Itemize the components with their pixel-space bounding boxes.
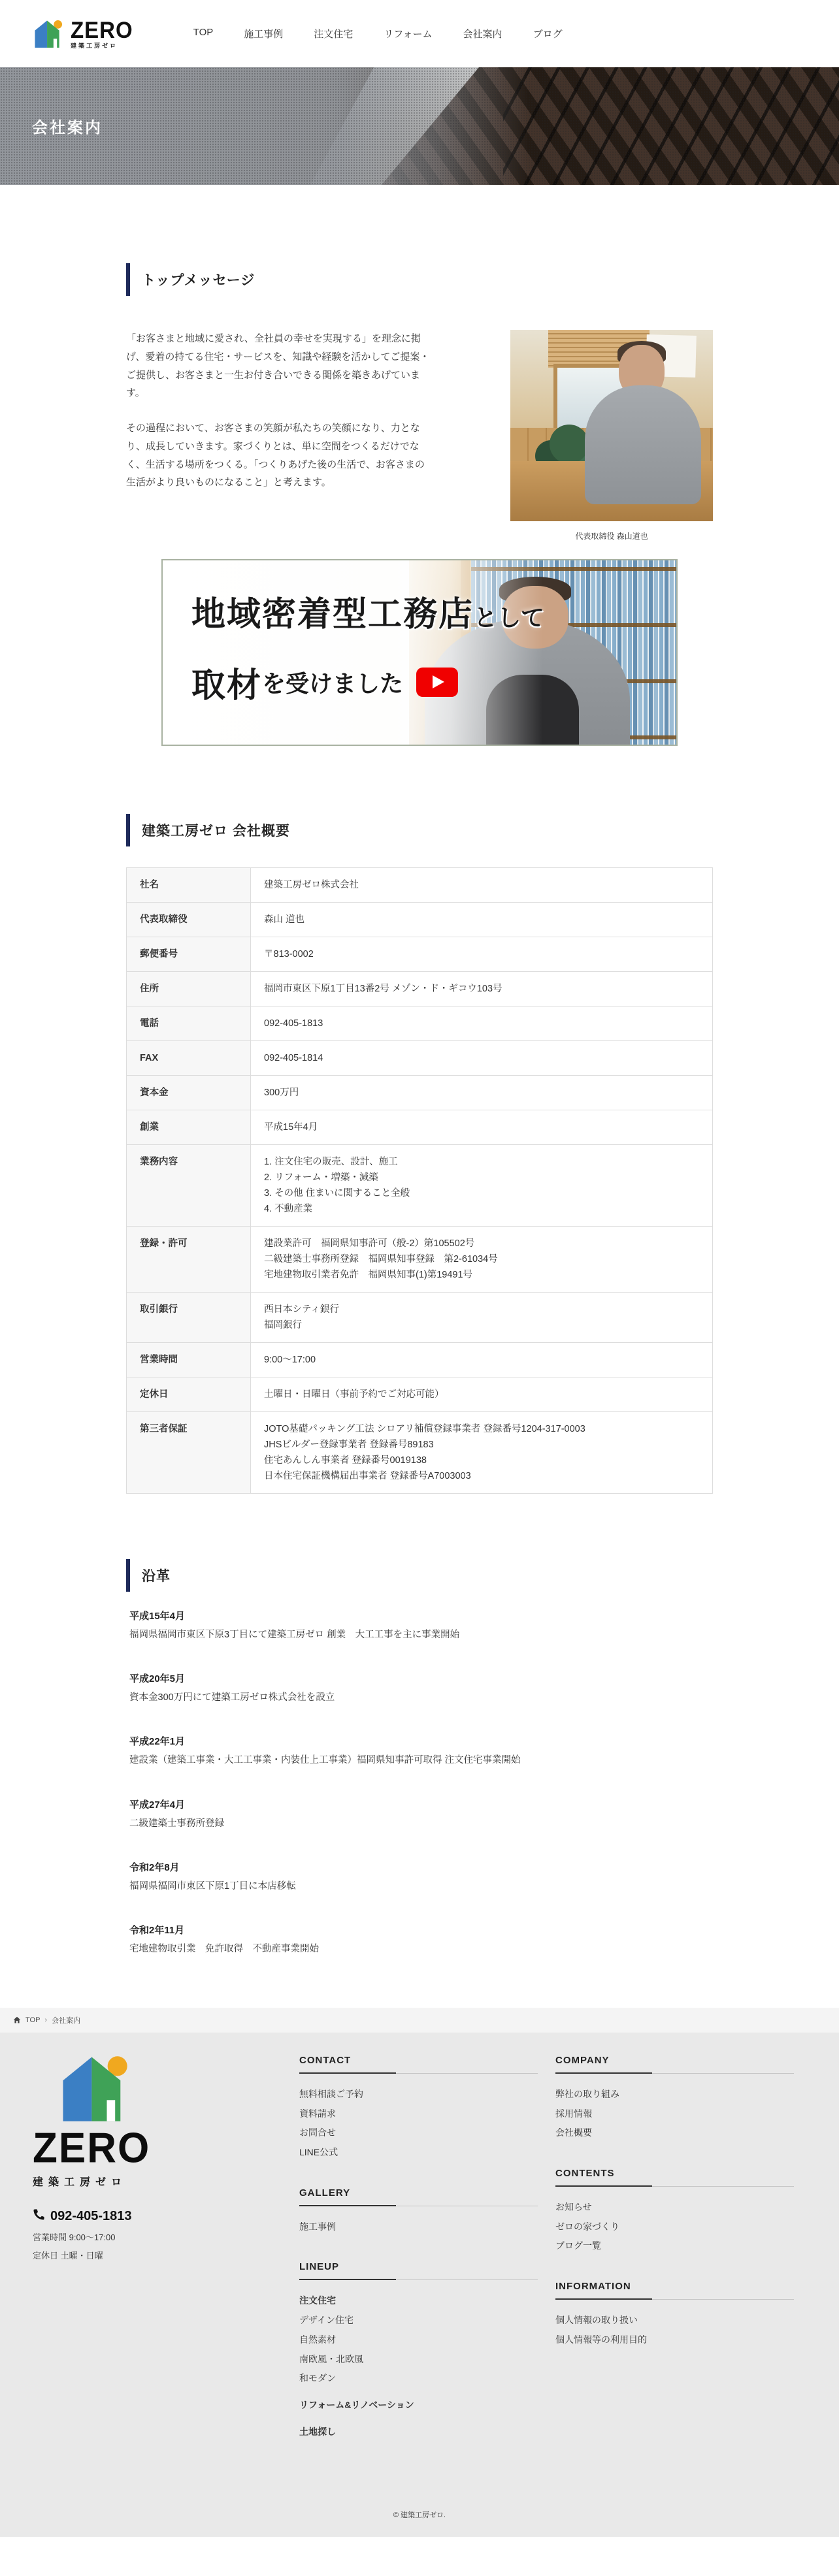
footer-link[interactable]: お問合せ <box>299 2125 555 2140</box>
nav-item[interactable]: リフォーム <box>384 27 432 40</box>
overview-value-line: 平成15年4月 <box>264 1119 699 1135</box>
overview-value-line: 福岡銀行 <box>264 1317 699 1333</box>
overview-value-line: 土曜日・日曜日（事前予約でご対応可能） <box>264 1387 699 1402</box>
breadcrumb-home-link[interactable]: TOP <box>25 2016 40 2024</box>
footer-link[interactable]: ブログ一覧 <box>555 2238 839 2253</box>
overview-value-line: 〒813-0002 <box>264 946 699 962</box>
banner-line2-main: 取材 <box>191 658 262 707</box>
footer-group-heading: COMPANY <box>555 2055 794 2074</box>
overview-value-line: 092-405-1813 <box>264 1016 699 1031</box>
overview-value-line: 3. その他 住まいに関すること全般 <box>264 1185 699 1201</box>
overview-row-label: 業務内容 <box>127 1145 251 1227</box>
footer-closed-days: 定休日 土曜・日曜 <box>33 2249 299 2261</box>
ceo-photo-figure: 代表取締役 森山道也 <box>510 330 713 541</box>
overview-value-line: 宅地建物取引業者免許 福岡県知事(1)第19491号 <box>264 1267 699 1283</box>
page-title: 会社案内 <box>32 115 103 138</box>
banner-line1-sub: として <box>474 605 544 631</box>
overview-row-label: 資本金 <box>127 1076 251 1110</box>
footer-group: CONTENTSお知らせゼロの家づくりブログ一覧 <box>555 2168 839 2253</box>
heading-accent-bar <box>126 814 130 846</box>
main-nav: TOP施工事例注文住宅リフォーム会社案内ブログ <box>193 27 563 40</box>
overview-row-value: 平成15年4月 <box>251 1110 713 1145</box>
overview-row-label: 取引銀行 <box>127 1293 251 1343</box>
banner-text: 地域密着型工務店として 取材を受けました <box>191 587 544 707</box>
overview-value-line: 300万円 <box>264 1085 699 1101</box>
hero-dot-pattern <box>0 67 839 185</box>
overview-row-value: 092-405-1814 <box>251 1041 713 1076</box>
footer-link[interactable]: お知らせ <box>555 2200 839 2215</box>
footer-group-heading: GALLERY <box>299 2187 538 2206</box>
message-paragraph: その過程において、お客さまの笑顔が私たちの笑顔になり、力となり、成長していきます… <box>126 419 433 492</box>
footer-link[interactable]: 個人情報の取り扱い <box>555 2313 839 2328</box>
overview-row: 社名建築工房ゼロ株式会社 <box>127 868 713 903</box>
overview-row: 取引銀行西日本シティ銀行福岡銀行 <box>127 1293 713 1343</box>
history-date: 平成27年4月 <box>129 1797 713 1811</box>
history-date: 平成15年4月 <box>129 1609 713 1622</box>
overview-value-line: 住宅あんしん事業者 登録番号0019138 <box>264 1453 699 1468</box>
overview-row-value: 建設業許可 福岡県知事許可（般-2）第105502号二級建築士事務所登録 福岡県… <box>251 1227 713 1293</box>
overview-value-line: 森山 道也 <box>264 912 699 927</box>
history-description: 福岡県福岡市東区下原1丁目に本店移転 <box>129 1879 713 1894</box>
heading-accent-bar <box>126 263 130 296</box>
footer-logo-house-icon <box>56 2055 299 2126</box>
overview-row-value: 森山 道也 <box>251 903 713 937</box>
ceo-photo-caption: 代表取締役 森山道也 <box>510 530 713 541</box>
ceo-photo <box>510 330 713 521</box>
footer-group-heading: INFORMATION <box>555 2281 794 2300</box>
overview-row-label: 創業 <box>127 1110 251 1145</box>
company-overview-section: 建築工房ゼロ 会社概要 社名建築工房ゼロ株式会社代表取締役森山 道也郵便番号〒8… <box>126 814 713 1494</box>
overview-row-value: 西日本シティ銀行福岡銀行 <box>251 1293 713 1343</box>
logo-name: ZERO <box>71 18 133 41</box>
overview-row-label: 営業時間 <box>127 1343 251 1377</box>
footer-link[interactable]: 会社概要 <box>555 2125 839 2140</box>
overview-row-value: 300万円 <box>251 1076 713 1110</box>
overview-row-label: 社名 <box>127 868 251 903</box>
history-entry: 令和2年11月宅地建物取引業 免許取得 不動産事業開始 <box>129 1923 713 1957</box>
footer-column-2: COMPANY弊社の取り組み採用情報会社概要CONTENTSお知らせゼロの家づく… <box>555 2055 839 2466</box>
photo-plant-shape <box>550 425 589 464</box>
overview-row: 住所福岡市東区下原1丁目13番2号 メゾン・ド・ギコウ103号 <box>127 972 713 1006</box>
top-message-heading: トップメッセージ <box>126 263 713 296</box>
footer-link-list: 無料相談ご予約資料請求お問合せLINE公式 <box>299 2087 555 2160</box>
overview-row-value: 092-405-1813 <box>251 1006 713 1041</box>
overview-row-label: 郵便番号 <box>127 937 251 972</box>
overview-row: 郵便番号〒813-0002 <box>127 937 713 972</box>
overview-row: 第三者保証JOTO基礎パッキング工法 シロアリ補償登録事業者 登録番号1204-… <box>127 1412 713 1494</box>
footer-group: INFORMATION個人情報の取り扱い個人情報等の利用目的 <box>555 2281 839 2347</box>
history-description: 資本金300万円にて建築工房ゼロ株式会社を設立 <box>129 1690 713 1705</box>
overview-row-label: 住所 <box>127 972 251 1006</box>
overview-value-line: 建設業許可 福岡県知事許可（般-2）第105502号 <box>264 1236 699 1251</box>
history-description: 二級建築士事務所登録 <box>129 1816 713 1831</box>
logo-house-icon <box>32 20 65 48</box>
footer-link[interactable]: LINE公式 <box>299 2145 555 2160</box>
copyright: © 建築工房ゼロ. <box>0 2509 839 2520</box>
overview-row: 登録・許可建設業許可 福岡県知事許可（般-2）第105502号二級建築士事務所登… <box>127 1227 713 1293</box>
overview-row-label: 定休日 <box>127 1377 251 1412</box>
overview-value-line: 建築工房ゼロ株式会社 <box>264 877 699 893</box>
overview-value-line: 二級建築士事務所登録 福岡県知事登録 第2-61034号 <box>264 1251 699 1267</box>
banner-line1-main: 地域密着型工務店 <box>191 596 474 634</box>
overview-row-label: FAX <box>127 1041 251 1076</box>
overview-row-value: 1. 注文住宅の販売、設計、施工2. リフォーム・増築・減築3. その他 住まい… <box>251 1145 713 1227</box>
overview-row-value: 福岡市東区下原1丁目13番2号 メゾン・ド・ギコウ103号 <box>251 972 713 1006</box>
company-overview-heading: 建築工房ゼロ 会社概要 <box>126 814 713 846</box>
logo-text: ZERO 建築工房ゼロ <box>71 19 133 49</box>
footer-link[interactable]: 施工事例 <box>299 2219 555 2234</box>
overview-row: 代表取締役森山 道也 <box>127 903 713 937</box>
overview-value-line: 日本住宅保証機構届出事業者 登録番号A7003003 <box>264 1468 699 1484</box>
footer-group-heading: LINEUP <box>299 2261 538 2280</box>
overview-row-value: 9:00～17:00 <box>251 1343 713 1377</box>
history-date: 令和2年8月 <box>129 1860 713 1874</box>
overview-row-value: JOTO基礎パッキング工法 シロアリ補償登録事業者 登録番号1204-317-0… <box>251 1412 713 1494</box>
footer-link-list: 弊社の取り組み採用情報会社概要 <box>555 2087 839 2140</box>
nav-item[interactable]: TOP <box>193 27 214 40</box>
page-end-spacer <box>0 2537 839 2576</box>
history-description: 福岡県福岡市東区下原3丁目にて建築工房ゼロ 創業 大工工事を主に事業開始 <box>129 1628 713 1643</box>
history-entry: 令和2年8月福岡県福岡市東区下原1丁目に本店移転 <box>129 1860 713 1894</box>
footer-hours: 営業時間 9:00～17:00 <box>33 2230 299 2243</box>
footer-link[interactable]: 個人情報等の利用目的 <box>555 2332 839 2347</box>
footer-link-list: 施工事例 <box>299 2219 555 2234</box>
company-overview-heading-text: 建築工房ゼロ 会社概要 <box>142 820 290 840</box>
overview-row: 資本金300万円 <box>127 1076 713 1110</box>
overview-row-label: 代表取締役 <box>127 903 251 937</box>
footer-link[interactable]: 採用情報 <box>555 2106 839 2121</box>
footer-link[interactable]: リフォーム&リノベーション <box>299 2398 555 2413</box>
history-description: 宅地建物取引業 免許取得 不動産事業開始 <box>129 1942 713 1957</box>
overview-value-line: JHSビルダー登録事業者 登録番号89183 <box>264 1437 699 1453</box>
history-description: 建設業（建築工事業・大工工事業・内装仕上工事業）福岡県知事許可取得 注文住宅事業… <box>129 1753 713 1768</box>
heading-accent-bar <box>126 1559 130 1592</box>
site-footer: ZERO 建築工房ゼロ 092-405-1813 営業時間 9:00～17:00… <box>0 2033 839 2537</box>
history-heading: 沿革 <box>126 1559 713 1592</box>
footer-group: LINEUP注文住宅デザイン住宅自然素材南欧風・北欧風和モダンリフォーム&リノベ… <box>299 2261 555 2439</box>
overview-row-label: 電話 <box>127 1006 251 1041</box>
overview-row: 電話092-405-1813 <box>127 1006 713 1041</box>
footer-link[interactable]: 土地探し <box>299 2424 555 2439</box>
footer-group: COMPANY弊社の取り組み採用情報会社概要 <box>555 2055 839 2140</box>
footer-link[interactable]: デザイン住宅 <box>299 2313 555 2328</box>
youtube-play-icon[interactable] <box>416 668 458 697</box>
history-entry: 平成15年4月福岡県福岡市東区下原3丁目にて建築工房ゼロ 創業 大工工事を主に事… <box>129 1609 713 1643</box>
footer-group-heading: CONTACT <box>299 2055 538 2074</box>
main-content: トップメッセージ 「お客さまと地域に愛され、全社員の幸せを実現する」を理念に掲げ… <box>0 185 839 2008</box>
footer-company-block: ZERO 建築工房ゼロ 092-405-1813 営業時間 9:00～17:00… <box>33 2055 299 2466</box>
nav-item[interactable]: 会社案内 <box>463 27 502 40</box>
history-entry: 平成22年1月建設業（建築工事業・大工工事業・内装仕上工事業）福岡県知事許可取得… <box>129 1734 713 1768</box>
overview-value-line: 福岡市東区下原1丁目13番2号 メゾン・ド・ギコウ103号 <box>264 981 699 997</box>
banner-line1: 地域密着型工務店として <box>191 587 544 636</box>
photo-person-body-shape <box>585 385 701 504</box>
history-entry: 平成20年5月資本金300万円にて建築工房ゼロ株式会社を設立 <box>129 1671 713 1705</box>
footer-phone[interactable]: 092-405-1813 <box>33 2208 299 2225</box>
company-overview-table: 社名建築工房ゼロ株式会社代表取締役森山 道也郵便番号〒813-0002住所福岡市… <box>126 867 713 1494</box>
footer-link[interactable]: 注文住宅 <box>299 2293 555 2308</box>
overview-row: 業務内容1. 注文住宅の販売、設計、施工2. リフォーム・増築・減築3. その他… <box>127 1145 713 1227</box>
footer-link[interactable]: 南欧風・北欧風 <box>299 2352 555 2367</box>
overview-row: 営業時間9:00～17:00 <box>127 1343 713 1377</box>
overview-row-label: 登録・許可 <box>127 1227 251 1293</box>
footer-group: CONTACT無料相談ご予約資料請求お問合せLINE公式 <box>299 2055 555 2160</box>
footer-link-list: 注文住宅デザイン住宅自然素材南欧風・北欧風和モダンリフォーム&リノベーション土地… <box>299 2293 555 2439</box>
breadcrumb: TOP › 会社案内 <box>0 2008 839 2033</box>
overview-row: 定休日土曜日・日曜日（事前予約でご対応可能） <box>127 1377 713 1412</box>
history-date: 令和2年11月 <box>129 1923 713 1937</box>
history-entry: 平成27年4月二級建築士事務所登録 <box>129 1797 713 1831</box>
footer-phone-number: 092-405-1813 <box>50 2209 132 2224</box>
logo-subtitle: 建築工房ゼロ <box>71 43 133 49</box>
footer-logo-subtitle: 建築工房ゼロ <box>33 2174 299 2189</box>
footer-link[interactable]: 無料相談ご予約 <box>299 2087 555 2102</box>
top-message-text: 「お客さまと地域に愛され、全社員の幸せを実現する」を理念に掲げ、愛着の持てる住宅… <box>126 330 433 541</box>
footer-link[interactable]: 資料請求 <box>299 2106 555 2121</box>
top-message-section: トップメッセージ 「お客さまと地域に愛され、全社員の幸せを実現する」を理念に掲げ… <box>126 185 713 746</box>
overview-row-value: 〒813-0002 <box>251 937 713 972</box>
overview-row: 創業平成15年4月 <box>127 1110 713 1145</box>
home-icon <box>13 2016 21 2024</box>
overview-value-line: 2. リフォーム・増築・減築 <box>264 1170 699 1185</box>
history-date: 平成22年1月 <box>129 1734 713 1748</box>
top-message-heading-text: トップメッセージ <box>142 270 255 289</box>
site-logo[interactable]: ZERO 建築工房ゼロ <box>32 19 133 49</box>
site-header: ZERO 建築工房ゼロ TOP施工事例注文住宅リフォーム会社案内ブログ <box>0 0 839 67</box>
footer-group: GALLERY施工事例 <box>299 2187 555 2234</box>
overview-row-label: 第三者保証 <box>127 1412 251 1494</box>
nav-item[interactable]: 注文住宅 <box>314 27 353 40</box>
banner-line2-sub: を受けました <box>262 666 403 699</box>
footer-group-heading: CONTENTS <box>555 2168 794 2187</box>
footer-column-1: CONTACT無料相談ご予約資料請求お問合せLINE公式GALLERY施工事例L… <box>299 2055 555 2466</box>
hero-banner: 会社案内 <box>0 67 839 185</box>
message-paragraph: 「お客さまと地域に愛され、全社員の幸せを実現する」を理念に掲げ、愛着の持てる住宅… <box>126 330 433 402</box>
breadcrumb-separator: › <box>44 2016 47 2024</box>
overview-value-line: 092-405-1814 <box>264 1050 699 1066</box>
banner-line2: 取材を受けました <box>191 658 544 707</box>
phone-icon <box>33 2208 45 2225</box>
youtube-interview-banner[interactable]: 地域密着型工務店として 取材を受けました <box>161 559 678 746</box>
overview-value-line: 1. 注文住宅の販売、設計、施工 <box>264 1154 699 1170</box>
history-date: 平成20年5月 <box>129 1671 713 1685</box>
footer-logo-name: ZERO <box>33 2126 299 2170</box>
footer-link[interactable]: 弊社の取り組み <box>555 2087 839 2102</box>
footer-link[interactable]: ゼロの家づくり <box>555 2219 839 2234</box>
breadcrumb-current: 会社案内 <box>52 2015 80 2025</box>
overview-value-line: 4. 不動産業 <box>264 1201 699 1217</box>
history-section: 沿革 平成15年4月福岡県福岡市東区下原3丁目にて建築工房ゼロ 創業 大工工事を… <box>126 1559 713 2008</box>
history-heading-text: 沿革 <box>142 1566 171 1585</box>
overview-value-line: 9:00～17:00 <box>264 1352 699 1368</box>
footer-link[interactable]: 和モダン <box>299 2371 555 2386</box>
overview-row-value: 土曜日・日曜日（事前予約でご対応可能） <box>251 1377 713 1412</box>
footer-link-list: お知らせゼロの家づくりブログ一覧 <box>555 2200 839 2253</box>
nav-item[interactable]: ブログ <box>533 27 563 40</box>
overview-row: FAX092-405-1814 <box>127 1041 713 1076</box>
history-list: 平成15年4月福岡県福岡市東区下原3丁目にて建築工房ゼロ 創業 大工工事を主に事… <box>126 1609 713 1957</box>
overview-value-line: 西日本シティ銀行 <box>264 1302 699 1317</box>
footer-link-list: 個人情報の取り扱い個人情報等の利用目的 <box>555 2313 839 2347</box>
nav-item[interactable]: 施工事例 <box>244 27 283 40</box>
footer-link[interactable]: 自然素材 <box>299 2332 555 2347</box>
overview-row-value: 建築工房ゼロ株式会社 <box>251 868 713 903</box>
overview-value-line: JOTO基礎パッキング工法 シロアリ補償登録事業者 登録番号1204-317-0… <box>264 1421 699 1437</box>
